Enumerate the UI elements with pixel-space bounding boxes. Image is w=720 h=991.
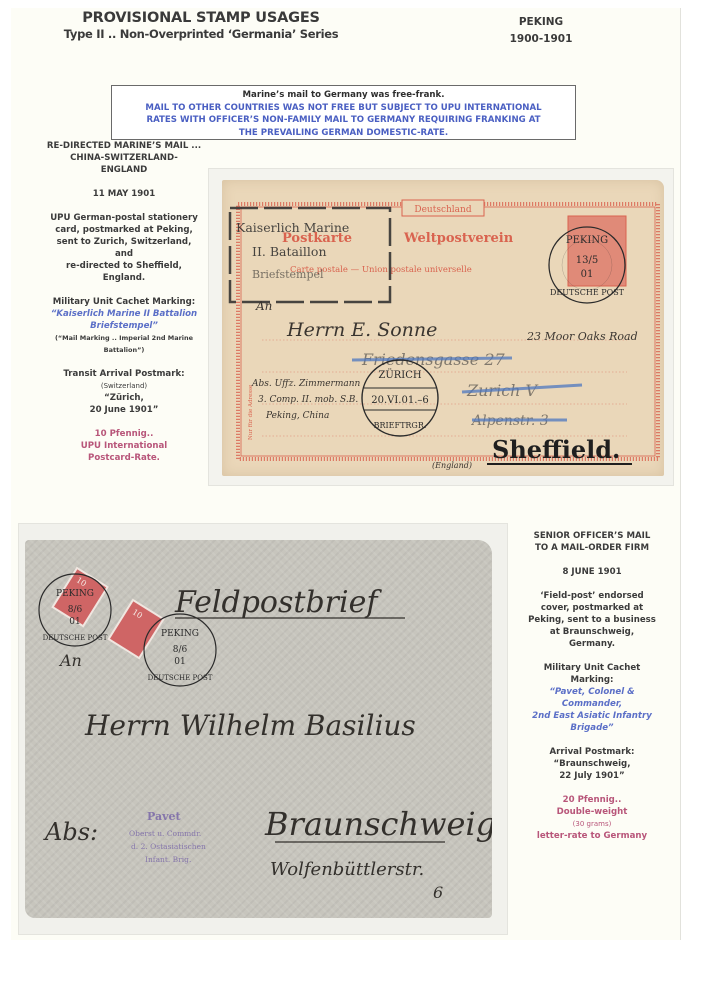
item1-desc: UPU German-postal stationery xyxy=(35,212,213,224)
card-union-de: Weltpostverein xyxy=(403,231,514,246)
item1-transit-label: Transit Arrival Postmark: xyxy=(35,368,213,380)
page-subtitle: Type II .. Non-Overprinted ‘Germania’ Se… xyxy=(51,27,351,41)
item1-transit-text: 20 June 1901” xyxy=(35,404,213,416)
card-country-note: (England) xyxy=(432,461,472,470)
svg-text:Pavet: Pavet xyxy=(147,810,181,823)
card-country-label: Deutschland xyxy=(414,205,471,215)
endorsement: Feldpostbrief xyxy=(174,585,382,620)
item2-rate: 20 Pfennig.. xyxy=(504,794,680,806)
notice-line: Marine’s mail to Germany was free-frank. xyxy=(112,89,575,102)
item2-arrival-text: “Braunschweig, xyxy=(504,758,680,770)
item1-cachet-label: Military Unit Cachet Marking: xyxy=(35,296,213,308)
svg-text:Infant. Brig.: Infant. Brig. xyxy=(145,855,191,864)
svg-text:20.VI.01.–6: 20.VI.01.–6 xyxy=(371,395,429,406)
item2-date: 8 JUNE 1901 xyxy=(504,566,680,578)
item1-cachet-text: Briefstempel” xyxy=(35,320,213,332)
cover-house-number: 6 xyxy=(433,883,443,902)
item1-desc: card, postmarked at Peking, xyxy=(35,224,213,236)
item1-heading: CHINA-SWITZERLAND- xyxy=(35,152,213,164)
item2-desc: Germany. xyxy=(504,638,680,650)
item2-arrival-label: Arrival Postmark: xyxy=(504,746,680,758)
location-years: 1900-1901 xyxy=(486,31,596,48)
svg-text:DEUTSCHE POST: DEUTSCHE POST xyxy=(43,634,108,642)
location-name: PEKING xyxy=(486,14,596,31)
postcard: Deutschland Postkarte Weltpostverein Car… xyxy=(222,180,664,476)
item2-desc: at Braunschweig, xyxy=(504,626,680,638)
item1-rate: 10 Pfennig.. xyxy=(35,428,213,440)
item1-cachet-translation: Battalion”) xyxy=(35,344,213,356)
cachet-line: II. Bataillon xyxy=(252,244,327,259)
item1-date: 11 MAY 1901 xyxy=(35,188,213,200)
commander-cachet: Pavet Oberst u. Commdr. d. 2. Ostasiatis… xyxy=(129,810,206,864)
item1-description: RE-DIRECTED MARINE’S MAIL ... CHINA-SWIT… xyxy=(35,140,213,464)
item2-desc: Peking, sent to a business xyxy=(504,614,680,626)
address-prefix: An xyxy=(255,299,272,313)
card-city-new: Sheffield. xyxy=(492,435,620,464)
cover-city: Braunschweig xyxy=(264,805,492,843)
notice-line: RATES WITH OFFICER’S NON-FAMILY MAIL TO … xyxy=(112,114,575,127)
item2-description: SENIOR OFFICER’S MAIL TO A MAIL-ORDER FI… xyxy=(504,530,680,842)
svg-text:01: 01 xyxy=(174,657,185,667)
card-street-new: 23 Moor Oaks Road xyxy=(526,330,638,343)
cachet-line: Briefstempel xyxy=(252,268,324,281)
notice-line: MAIL TO OTHER COUNTRIES WAS NOT FREE BUT… xyxy=(112,102,575,115)
sender-line: Abs. Uffz. Zimmermann xyxy=(251,379,361,389)
item1-desc: and xyxy=(35,248,213,260)
svg-text:ZÜRICH: ZÜRICH xyxy=(378,369,422,381)
field-post-cover: 10 10 PEKING 8/6 01 DEUTSCHE POST PEKING… xyxy=(25,540,492,918)
sender-line: 3. Comp. II. mob. S.B. xyxy=(258,395,358,405)
cover-addressee: Herrn Wilhelm Basilius xyxy=(84,709,416,742)
svg-text:01: 01 xyxy=(69,617,80,627)
item1-heading: RE-DIRECTED MARINE’S MAIL ... xyxy=(35,140,213,152)
svg-text:PEKING: PEKING xyxy=(566,235,608,246)
item2-heading: TO A MAIL-ORDER FIRM xyxy=(504,542,680,554)
item1-desc: sent to Zurich, Switzerland, xyxy=(35,236,213,248)
item1-desc: re-directed to Sheffield, xyxy=(35,260,213,272)
cover-street: Wolfenbüttlerstr. xyxy=(270,859,424,880)
cachet-line: Kaiserlich Marine xyxy=(236,220,349,235)
item1-rate: UPU International xyxy=(35,440,213,452)
item2-cachet-text: Commander, xyxy=(504,698,680,710)
card-addressee: Herrn E. Sonne xyxy=(286,319,437,341)
item1-transit-country: (Switzerland) xyxy=(35,380,213,392)
page-location: PEKING 1900-1901 xyxy=(486,14,596,48)
svg-text:d. 2. Ostasiatischen: d. 2. Ostasiatischen xyxy=(131,842,206,851)
item2-rate: Double-weight xyxy=(504,806,680,818)
svg-text:DEUTSCHE POST: DEUTSCHE POST xyxy=(148,674,213,682)
notice-box: Marine’s mail to Germany was free-frank.… xyxy=(111,85,576,140)
item2-rate: letter-rate to Germany xyxy=(504,830,680,842)
imprinted-stamp xyxy=(568,216,626,286)
item1-cachet-translation: (“Mail Marking .. Imperial 2nd Marine xyxy=(35,332,213,344)
svg-text:DEUTSCHE POST: DEUTSCHE POST xyxy=(550,288,625,297)
item1-transit-text: “Zürich, xyxy=(35,392,213,404)
item2-cachet-text: “Pavet, Colonel & xyxy=(504,686,680,698)
page-title: PROVISIONAL STAMP USAGES xyxy=(51,10,351,26)
svg-text:Oberst u. Commdr.: Oberst u. Commdr. xyxy=(129,829,201,838)
svg-text:01: 01 xyxy=(581,269,594,280)
card-side-note: Nur für die Adresse xyxy=(248,385,254,440)
item1-cachet-text: “Kaiserlich Marine II Battalion xyxy=(35,308,213,320)
svg-text:8/6: 8/6 xyxy=(68,605,83,615)
item2-heading: SENIOR OFFICER’S MAIL xyxy=(504,530,680,542)
sender-label: Abs: xyxy=(43,818,98,846)
svg-text:PEKING: PEKING xyxy=(56,589,94,599)
notice-line: THE PREVAILING GERMAN DOMESTIC-RATE. xyxy=(112,127,575,140)
item2-cachet-label: Marking: xyxy=(504,674,680,686)
item2-rate-weight: (30 grams) xyxy=(504,818,680,830)
item2-desc: cover, postmarked at xyxy=(504,602,680,614)
item2-cachet-text: 2nd East Asiatic Infantry xyxy=(504,710,680,722)
svg-text:BRIEFTRGR.: BRIEFTRGR. xyxy=(374,421,427,430)
item2-cachet-label: Military Unit Cachet xyxy=(504,662,680,674)
svg-text:13/5: 13/5 xyxy=(576,255,598,266)
item1-rate: Postcard-Rate. xyxy=(35,452,213,464)
item2-cachet-text: Brigade” xyxy=(504,722,680,734)
item1-desc: England. xyxy=(35,272,213,284)
sender-line: Peking, China xyxy=(265,411,329,421)
item1-heading: ENGLAND xyxy=(35,164,213,176)
svg-text:8/6: 8/6 xyxy=(173,645,188,655)
peking-postmark: PEKING 8/6 01 DEUTSCHE POST xyxy=(144,614,216,686)
zurich-postmark: ZÜRICH 20.VI.01.–6 BRIEFTRGR. xyxy=(362,360,438,436)
item2-desc: ‘Field-post’ endorsed xyxy=(504,590,680,602)
item2-arrival-text: 22 July 1901” xyxy=(504,770,680,782)
svg-text:PEKING: PEKING xyxy=(161,629,199,639)
address-prefix: An xyxy=(58,651,82,670)
